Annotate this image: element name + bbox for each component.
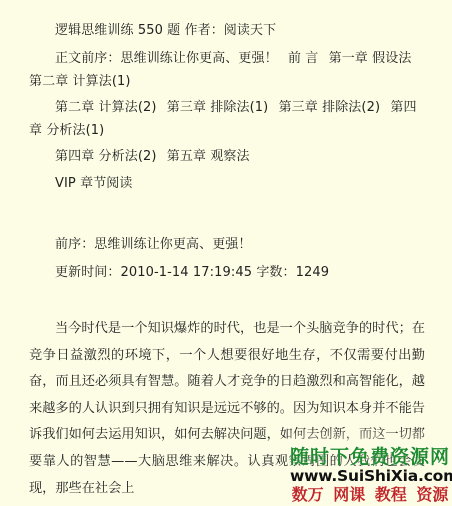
toc-link-ch3-2[interactable]: 第三章 排除法(2) bbox=[279, 100, 381, 115]
book-title-line: 逻辑思维训练 550 题 作者：阅读天下 bbox=[29, 19, 276, 42]
watermark: 随时下免费资源网 www.SuiShiXia.com 数万 网课 教程 资源 bbox=[290, 448, 450, 503]
toc-paragraph-3: 第四章 分析法(2) 第五章 观察法 bbox=[29, 145, 250, 168]
toc-link-ch1[interactable]: 第一章 假设法 bbox=[329, 51, 412, 66]
toc-paragraph-1: 正文前序：思维训练让你更高、更强！ 前 言 第一章 假设法 第二章 计算法(1) bbox=[29, 47, 425, 93]
toc-paragraph-2: 第二章 计算法(2) 第三章 排除法(1) 第三章 排除法(2) 第四章 分析法… bbox=[29, 96, 425, 142]
toc-link-preface[interactable]: 前 言 bbox=[288, 51, 318, 66]
vip-chapter-link[interactable]: VIP 章节阅读 bbox=[55, 176, 133, 191]
watermark-site-name: 随时下免费资源网 bbox=[290, 448, 450, 467]
toc-link-ch2-2[interactable]: 第二章 计算法(2) bbox=[55, 100, 157, 115]
toc-link-intro[interactable]: 正文前序：思维训练让你更高、更强！ bbox=[55, 51, 278, 66]
toc-paragraph-vip: VIP 章节阅读 bbox=[29, 172, 133, 195]
watermark-tagline: 数万 网课 教程 资源 bbox=[290, 487, 450, 503]
chapter-title: 前序：思维训练让你更高、更强！ bbox=[29, 233, 252, 256]
toc-link-ch5[interactable]: 第五章 观察法 bbox=[167, 149, 250, 164]
watermark-url: www.SuiShiXia.com bbox=[290, 469, 450, 485]
toc-link-ch3-1[interactable]: 第三章 排除法(1) bbox=[167, 100, 269, 115]
toc-link-ch2-1[interactable]: 第二章 计算法(1) bbox=[29, 74, 131, 89]
watermark-fade bbox=[290, 428, 450, 448]
toc-link-ch4-2[interactable]: 第四章 分析法(2) bbox=[55, 149, 157, 164]
chapter-meta: 更新时间：2010-1-14 17:19:45 字数：1249 bbox=[29, 261, 329, 284]
